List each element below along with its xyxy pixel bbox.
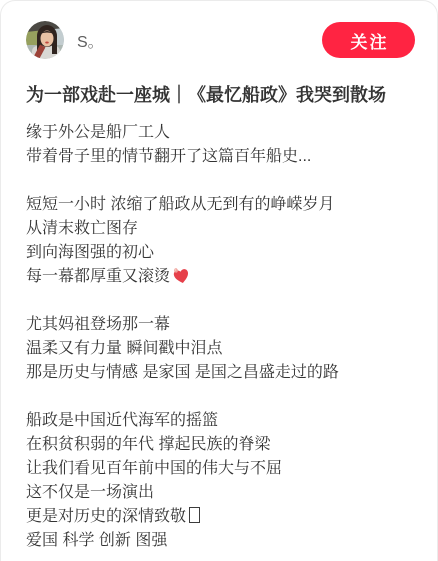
body-line: 到向海图强的初心: [26, 241, 415, 265]
body-line-blank: [26, 385, 415, 409]
avatar-image: [26, 21, 64, 59]
body-line: 船政是中国近代海军的摇篮: [26, 409, 415, 433]
body-line: 这不仅是一场演出: [26, 481, 415, 505]
body-line: 爱国 科学 创新 图强: [26, 529, 415, 553]
avatar[interactable]: [26, 21, 64, 59]
body-line-blank: [26, 289, 415, 313]
body-line: 让我们看见百年前中国的伟大与不屈: [26, 457, 415, 481]
body-line: 温柔又有力量 瞬间戳中泪点: [26, 337, 415, 361]
note-title: 为一部戏赴一座城｜《最忆船政》我哭到散场: [26, 82, 415, 109]
body-line-text: 每一幕都厚重又滚烫: [26, 268, 170, 285]
body-line: 每一幕都厚重又滚烫: [26, 265, 415, 289]
note-card: S。 关注 为一部戏赴一座城｜《最忆船政》我哭到散场 缘于外公是船厂工人 带着骨…: [0, 0, 438, 561]
body-line: 在积贫积弱的年代 撑起民族的脊梁: [26, 433, 415, 457]
missing-glyph-box: [189, 507, 200, 523]
note-body: 缘于外公是船厂工人 带着骨子里的情节翻开了这篇百年船史... 短短一小时 浓缩了…: [26, 121, 415, 553]
body-line: 缘于外公是船厂工人: [26, 121, 415, 145]
body-line: 尤其妈祖登场那一幕: [26, 313, 415, 337]
note-header: S。 关注: [26, 21, 415, 59]
body-line-text: 更是对历史的深情致敬: [26, 508, 186, 525]
anatomical-heart-emoji: [172, 266, 191, 285]
body-line: 更是对历史的深情致敬: [26, 505, 415, 529]
body-line: 从清末救亡图存: [26, 217, 415, 241]
body-line-blank: [26, 169, 415, 193]
body-line: 带着骨子里的情节翻开了这篇百年船史...: [26, 145, 415, 169]
follow-button[interactable]: 关注: [322, 22, 415, 58]
body-line: 那是历史与情感 是家国 是国之昌盛走过的路: [26, 361, 415, 385]
body-line: 短短一小时 浓缩了船政从无到有的峥嵘岁月: [26, 193, 415, 217]
username[interactable]: S。: [77, 29, 104, 52]
